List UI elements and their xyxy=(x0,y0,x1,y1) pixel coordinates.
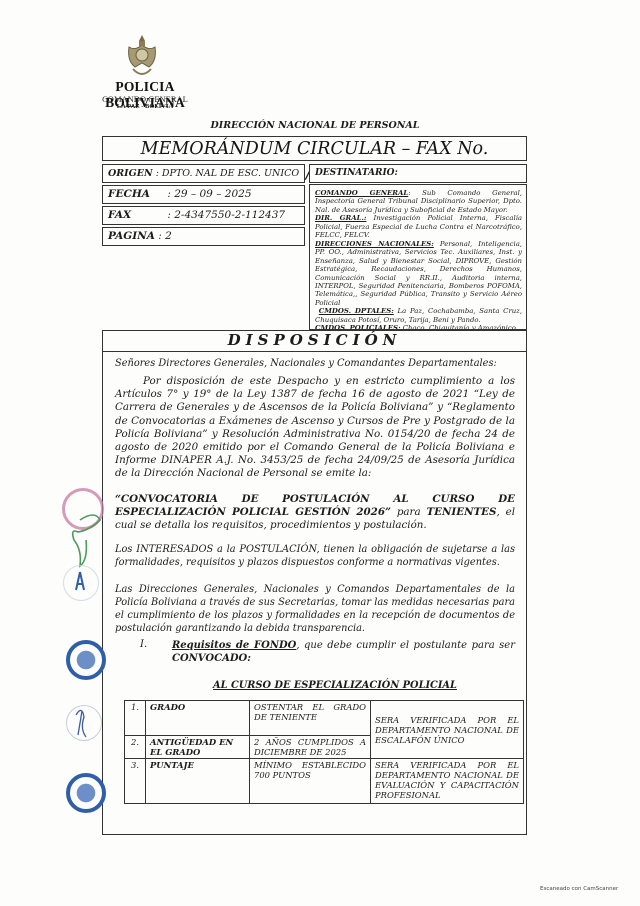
fecha-label: FECHA xyxy=(108,186,164,203)
convocatoria-paragraph: “CONVOCATORIA DE POSTULACIÓN AL CURSO DE… xyxy=(115,493,515,532)
fax-value: : 2-4347550-2-112437 xyxy=(167,209,285,221)
table-row: 1. GRADO OSTENTAR EL GRADO DE TENIENTE S… xyxy=(125,701,524,736)
paragraph-direcciones: Las Direcciones Generales, Nacionales y … xyxy=(115,583,515,635)
destinatario-item: DIR. GRAL.: Investigación Policial Inter… xyxy=(315,214,522,239)
origen-value: : DPTO. NAL DE ESC. UNICO xyxy=(156,168,299,179)
origen-field: ORIGEN : DPTO. NAL DE ESC. UNICO xyxy=(102,164,305,183)
org-location: LA PAZ - BOLIVIA xyxy=(80,103,210,110)
salutation: Señores Directores Generales, Nacionales… xyxy=(115,357,515,370)
destinatario-item: CMDOS. DPTALES: La Paz, Cochabamba, Sant… xyxy=(315,307,522,324)
blue-signature-icon xyxy=(72,570,88,594)
requirements-subtitle: AL CURSO DE ESPECIALIZACIÓN POLICIAL xyxy=(110,680,560,691)
disposicion-title: DISPOSICIÓN xyxy=(102,330,527,352)
pagina-value: : 2 xyxy=(158,230,172,242)
blue-signature-icon xyxy=(72,705,92,739)
fecha-value: : 29 – 09 – 2025 xyxy=(167,188,251,200)
blue-seal-stamp xyxy=(66,773,106,813)
department-heading: DIRECCIÓN NACIONAL DE PERSONAL xyxy=(100,120,530,131)
blue-seal-stamp xyxy=(66,640,106,680)
paragraph-interesados: Los INTERESADOS a la POSTULACIÓN, tienen… xyxy=(115,543,515,569)
destinatario-list: COMANDO GENERAL: Sub Comando General, In… xyxy=(309,184,527,330)
table-row: 3. PUNTAJE MÍNIMO ESTABLECIDO 700 PUNTOS… xyxy=(125,759,524,804)
paragraph-legal-basis: Por disposición de este Despacho y en es… xyxy=(115,375,515,481)
requirements-intro: Requisitos de FONDO, que debe cumplir el… xyxy=(172,639,515,665)
police-crest-icon xyxy=(125,33,159,81)
requirements-table: 1. GRADO OSTENTAR EL GRADO DE TENIENTE S… xyxy=(124,700,524,804)
scanner-watermark: Escaneado con CamScanner xyxy=(540,886,618,892)
destinatario-heading: DESTINATARIO: xyxy=(309,164,527,183)
green-signature-icon xyxy=(60,500,110,570)
fax-field: FAX : 2-4347550-2-112437 xyxy=(102,206,305,225)
rank: TENIENTES xyxy=(427,506,497,518)
memo-title: MEMORÁNDUM CIRCULAR – FAX No. 031/2025 xyxy=(102,136,527,161)
fax-label: FAX xyxy=(108,207,164,224)
verification-cell: SERA VERIFICADA POR EL DEPARTAMENTO NACI… xyxy=(371,701,524,759)
pagina-label: PAGINA xyxy=(108,228,155,245)
destinatario-item: DIRECCIONES NACIONALES: Personal, Inteli… xyxy=(315,240,522,308)
pagina-field: PAGINA : 2 xyxy=(102,227,305,246)
fecha-field: FECHA : 29 – 09 – 2025 xyxy=(102,185,305,204)
verification-cell: SERA VERIFICADA POR EL DEPARTAMENTO NACI… xyxy=(371,759,524,804)
origen-label: ORIGEN xyxy=(108,165,153,182)
destinatario-item: COMANDO GENERAL: Sub Comando General, In… xyxy=(315,189,522,214)
section-number: I. xyxy=(140,639,147,650)
